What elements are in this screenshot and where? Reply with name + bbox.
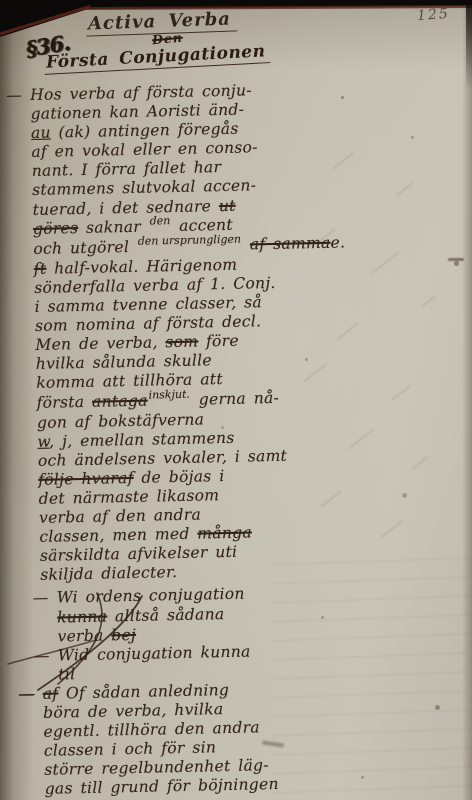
- handwritten-text: (ak) antingen föregås: [51, 120, 239, 142]
- handwritten-text: verba: [57, 626, 111, 645]
- handwritten-text: tuerad, i det sednare: [32, 197, 219, 219]
- struck-text: som: [165, 333, 198, 352]
- page-number: 125: [416, 6, 450, 24]
- struck-text: af: [43, 684, 59, 702]
- handwritten-text: classen, men med: [39, 525, 197, 546]
- struck-heading-note: Den: [151, 30, 183, 48]
- struck-text: göres: [33, 219, 79, 238]
- handwritten-text: til: [58, 665, 75, 683]
- margin-dash: —: [6, 86, 22, 105]
- paper-sheet: 125 Activa Verba §36. Den Första Conjuga…: [0, 0, 472, 800]
- paper-shading-left: [0, 0, 34, 800]
- handwritten-text: nant. I förra fallet har: [32, 158, 222, 180]
- handwritten-text: Wi ordens conjugation: [57, 585, 245, 607]
- handwritten-text: alltså sådana: [107, 605, 225, 625]
- handwritten-text: första: [36, 392, 92, 411]
- handwritten-text: Of sådan anledning: [58, 681, 229, 703]
- struck-text: af samma: [250, 233, 331, 253]
- handwritten-text: hvilka sålunda skulle: [36, 352, 212, 374]
- handwritten-text: gerna nå-: [191, 388, 279, 408]
- handwritten-text: gas till grund för böjningen: [45, 775, 279, 798]
- ink-smudge: [448, 258, 464, 261]
- margin-dash: —: [34, 646, 50, 665]
- handwritten-text: e.: [330, 233, 345, 251]
- handwritten-text: au: [31, 124, 51, 142]
- paper-shading-right: [462, 0, 472, 800]
- struck-text: många: [197, 524, 252, 543]
- handwritten-text: det närmaste likasom: [38, 486, 219, 508]
- inserted-word: den ursprungligen: [138, 229, 242, 250]
- handwritten-text: classen i och för sin: [44, 738, 217, 760]
- paper-stains: [341, 96, 344, 99]
- photo-border-right: [466, 0, 472, 90]
- handwritten-text: de böjas i: [133, 467, 224, 487]
- inserted-word: inskjut.: [148, 384, 190, 404]
- margin-dash: —: [19, 685, 35, 704]
- struck-text: följe hvaraf: [38, 469, 134, 489]
- handwritten-text: , j, emellan stammens: [49, 428, 235, 450]
- manuscript-photo: 125 Activa Verba §36. Den Första Conjuga…: [0, 0, 472, 800]
- handwritten-text: Men de verba,: [35, 333, 165, 354]
- struck-text: bej: [111, 626, 136, 645]
- handwritten-text: gon af bokstäfverna: [37, 410, 204, 431]
- struck-text: ut: [219, 196, 236, 214]
- struck-text: kunna: [57, 607, 107, 626]
- handwritten-text: och utgörel: [33, 238, 137, 258]
- handwritten-text: komma att tillhöra att: [36, 370, 223, 392]
- margin-dash: —: [33, 589, 49, 608]
- handwritten-text: före: [198, 332, 239, 351]
- struck-text: ſt: [34, 260, 47, 278]
- struck-text: antaga: [92, 391, 148, 410]
- handwritten-text: böra de verba, hvilka: [43, 700, 224, 722]
- handwritten-text: skiljda dialecter.: [40, 563, 177, 584]
- handwritten-text: w: [37, 432, 49, 450]
- manuscript-body: —Hos verba af första conju-gationen kan …: [30, 80, 345, 800]
- handwritten-text: verba af den andra: [39, 506, 201, 527]
- inserted-word: den: [149, 211, 170, 231]
